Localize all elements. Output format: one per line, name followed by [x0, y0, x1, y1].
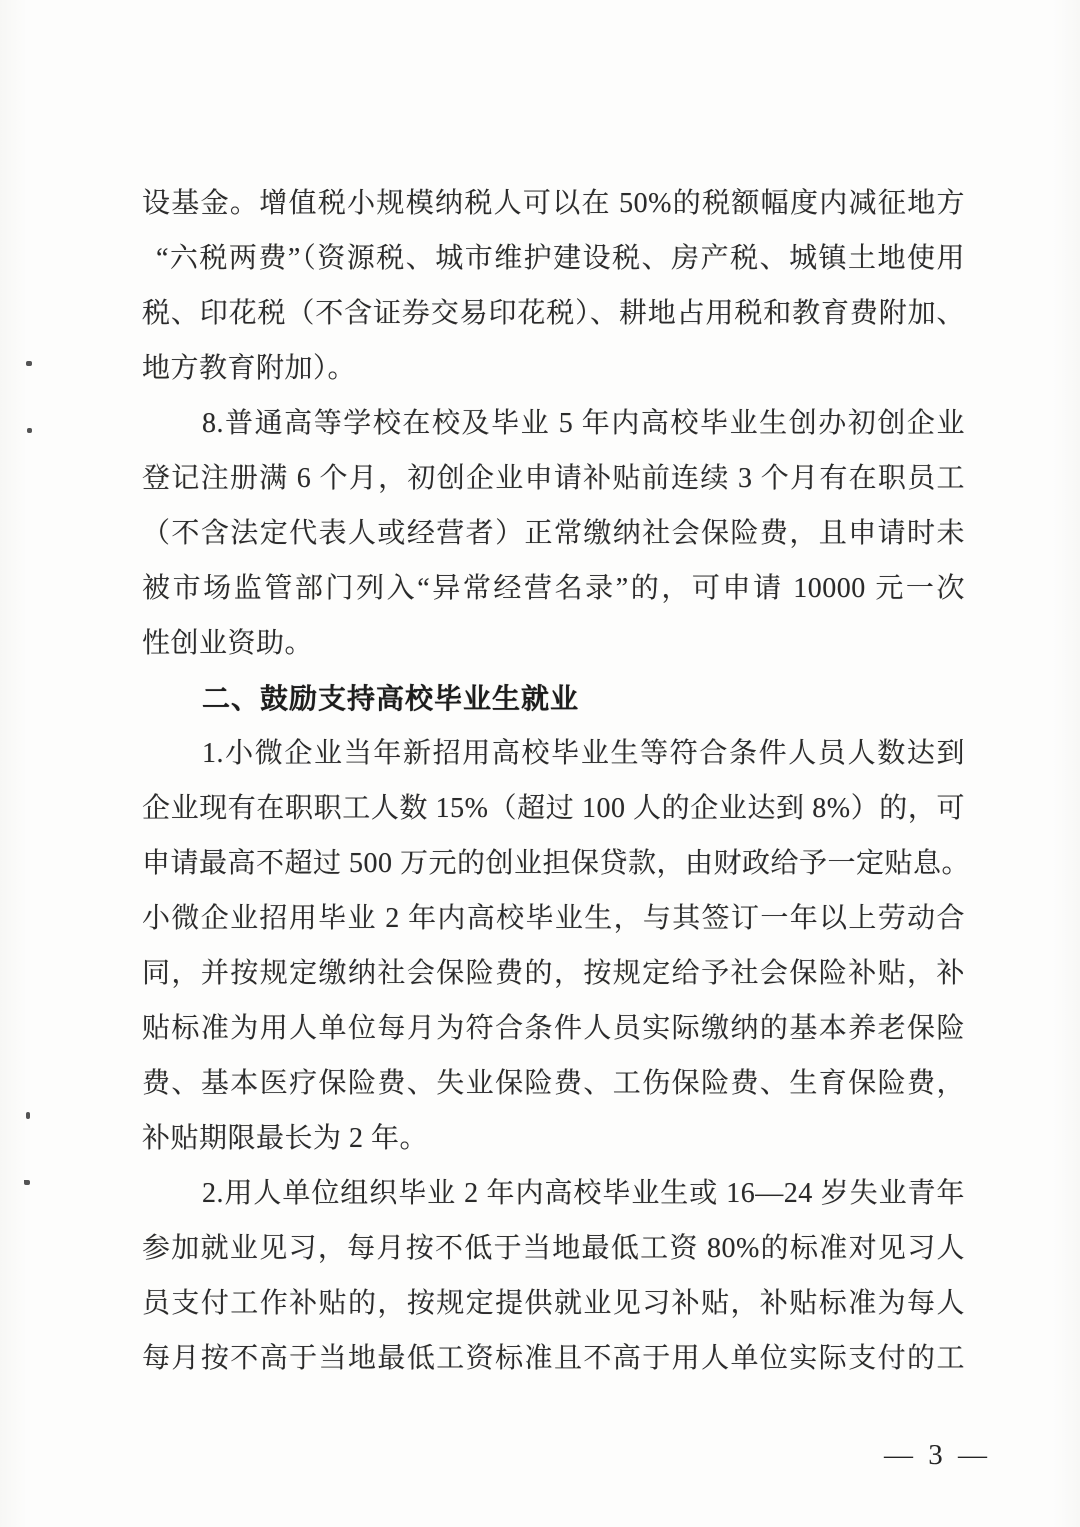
- scan-artifact-dot: [27, 428, 32, 433]
- paragraph-item-2-internship: 2.用人单位组织毕业 2 年内高校毕业生或 16—24 岁失业青年 参加就业见习…: [142, 1166, 965, 1386]
- text-line: 性创业资助。: [142, 616, 965, 671]
- text-line: 贴标准为用人单位每月为符合条件人员实际缴纳的基本养老保险: [142, 1001, 965, 1056]
- text-line: 费、基本医疗保险费、失业保险费、工伤保险费、生育保险费，: [142, 1056, 965, 1111]
- text-line: 登记注册满 6 个月，初创企业申请补贴前连续 3 个月有在职员工: [142, 451, 965, 506]
- text-line: 小微企业招用毕业 2 年内高校毕业生，与其签订一年以上劳动合: [142, 891, 965, 946]
- text-line: 税、印花税（不含证券交易印花税）、耕地占用税和教育费附加、: [142, 286, 965, 341]
- text-line: 被市场监管部门列入“异常经营名录”的，可申请 10000 元一次: [142, 561, 965, 616]
- text-line: 2.用人单位组织毕业 2 年内高校毕业生或 16—24 岁失业青年: [142, 1166, 965, 1221]
- scan-artifact-dot: [26, 1112, 30, 1119]
- text-line: 1.小微企业当年新招用高校毕业生等符合条件人员人数达到: [142, 726, 965, 781]
- text-line: 每月按不高于当地最低工资标准且不高于用人单位实际支付的工: [142, 1331, 965, 1386]
- text-line: 参加就业见习，每月按不低于当地最低工资 80%的标准对见习人: [142, 1221, 965, 1276]
- document-body: 设基金。增值税小规模纳税人可以在 50%的税额幅度内减征地方 “六税两费”（资源…: [142, 176, 965, 1386]
- text-line: 员支付工作补贴的，按规定提供就业见习补贴，补贴标准为每人: [142, 1276, 965, 1331]
- text-line: 申请最高不超过 500 万元的创业担保贷款，由财政给予一定贴息。: [142, 836, 965, 891]
- section-heading-text: 二、鼓励支持高校毕业生就业: [142, 671, 965, 726]
- text-line: 地方教育附加）。: [142, 341, 965, 396]
- text-line: 企业现有在职职工人数 15%（超过 100 人的企业达到 8%）的，可: [142, 781, 965, 836]
- scan-artifact-dot: [26, 361, 32, 366]
- text-line: 设基金。增值税小规模纳税人可以在 50%的税额幅度内减征地方: [142, 176, 965, 231]
- paragraph-item-8-startup-subsidy: 8.普通高等学校在校及毕业 5 年内高校毕业生创办初创企业 登记注册满 6 个月…: [142, 396, 965, 671]
- page-number: — 3 —: [884, 1437, 991, 1473]
- text-line: 补贴期限最长为 2 年。: [142, 1111, 965, 1166]
- paragraph-tax-reduction-continuation: 设基金。增值税小规模纳税人可以在 50%的税额幅度内减征地方 “六税两费”（资源…: [142, 176, 965, 396]
- scan-artifact-dot: [24, 1180, 30, 1185]
- document-page: 设基金。增值税小规模纳税人可以在 50%的税额幅度内减征地方 “六税两费”（资源…: [0, 0, 1080, 1527]
- section-heading-2: 二、鼓励支持高校毕业生就业: [142, 671, 965, 726]
- text-line: （不含法定代表人或经营者）正常缴纳社会保险费，且申请时未: [142, 506, 965, 561]
- text-line: “六税两费”（资源税、城市维护建设税、房产税、城镇土地使用: [142, 231, 965, 286]
- paragraph-item-1-small-enterprise: 1.小微企业当年新招用高校毕业生等符合条件人员人数达到 企业现有在职职工人数 1…: [142, 726, 965, 1166]
- text-line: 同，并按规定缴纳社会保险费的，按规定给予社会保险补贴，补: [142, 946, 965, 1001]
- text-line: 8.普通高等学校在校及毕业 5 年内高校毕业生创办初创企业: [142, 396, 965, 451]
